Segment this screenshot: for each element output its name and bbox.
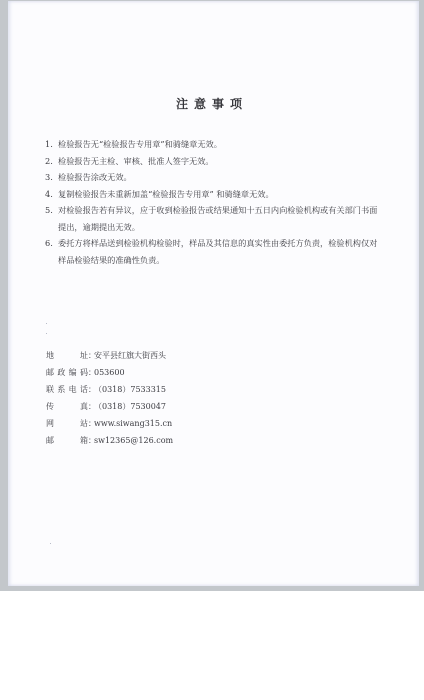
contact-value: sw12365@126.com	[94, 432, 173, 449]
note-item: 6. 委托方将样品送到检验机构检验时，样品及其信息的真实性由委托方负责，检验机构…	[45, 235, 380, 268]
note-text: 复制检验报告未重新加盖“检验报告专用章” 和骑缝章无效。	[58, 186, 380, 203]
contact-label: 联系电话	[46, 381, 88, 398]
contact-label: 邮箱	[46, 432, 88, 449]
note-text: 委托方将样品送到检验机构检验时，样品及其信息的真实性由委托方负责，检验机构仅对样…	[58, 235, 380, 268]
scan-speck	[46, 323, 47, 324]
scan-speck	[50, 543, 51, 544]
note-text: 检验报告涂改无效。	[58, 169, 380, 186]
scan-speck	[46, 333, 47, 334]
note-number: 2.	[45, 153, 53, 170]
note-number: 3.	[45, 169, 53, 186]
contact-address: 地址 ： 安平县红旗大街西头	[46, 347, 346, 364]
note-text: 检验报告无主检、审核、批准人签字无效。	[58, 153, 380, 170]
contact-email: 邮箱 ： sw12365@126.com	[46, 432, 346, 449]
note-number: 4.	[45, 186, 53, 203]
contact-value: www.siwang315.cn	[94, 415, 172, 432]
note-number: 6.	[45, 235, 53, 252]
note-text: 检验报告无“检验报告专用章”和骑缝章无效。	[58, 136, 380, 153]
contact-info: 地址 ： 安平县红旗大街西头 邮政编码 ： 053600 联系电话 ： （031…	[46, 347, 346, 449]
note-item: 4. 复制检验报告未重新加盖“检验报告专用章” 和骑缝章无效。	[45, 186, 380, 203]
contact-value: 安平县红旗大街西头	[94, 347, 166, 364]
contact-label: 邮政编码	[46, 364, 88, 381]
note-item: 3. 检验报告涂改无效。	[45, 169, 380, 186]
contact-label: 网站	[46, 415, 88, 432]
contact-value: （0318）7533315	[94, 381, 166, 398]
note-item: 5. 对检验报告若有异议，应于收到检验报告或结果通知十五日内向检验机构或有关部门…	[45, 202, 380, 235]
contact-website: 网站 ： www.siwang315.cn	[46, 415, 346, 432]
notes-list: 1. 检验报告无“检验报告专用章”和骑缝章无效。 2. 检验报告无主检、审核、批…	[45, 136, 380, 268]
contact-label: 地址	[46, 347, 88, 364]
note-item: 1. 检验报告无“检验报告专用章”和骑缝章无效。	[45, 136, 380, 153]
scan-frame	[0, 0, 424, 591]
note-item: 2. 检验报告无主检、审核、批准人签字无效。	[45, 153, 380, 170]
contact-postcode: 邮政编码 ： 053600	[46, 364, 346, 381]
scanned-page	[8, 1, 419, 586]
page-title: 注意事项	[0, 95, 424, 112]
contact-value: （0318）7530047	[94, 398, 166, 415]
note-text: 对检验报告若有异议，应于收到检验报告或结果通知十五日内向检验机构或有关部门书面提…	[58, 202, 380, 235]
contact-label: 传真	[46, 398, 88, 415]
contact-value: 053600	[94, 364, 125, 381]
note-number: 5.	[45, 202, 53, 219]
note-number: 1.	[45, 136, 53, 153]
contact-fax: 传真 ： （0318）7530047	[46, 398, 346, 415]
contact-phone: 联系电话 ： （0318）7533315	[46, 381, 346, 398]
